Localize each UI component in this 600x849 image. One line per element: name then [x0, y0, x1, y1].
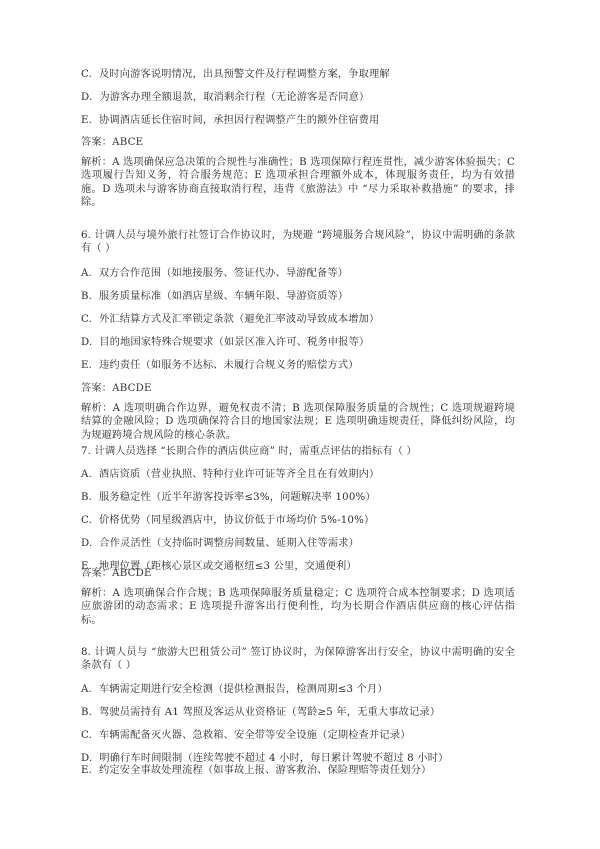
- q6-analysis: 解析：A 选项明确合作边界，避免权责不清；B 选项保障服务质量的合规性；C 选项…: [81, 402, 515, 442]
- option-label: D.: [81, 753, 92, 764]
- q5-option-c: C. 及时向游客说明情况，出具预警文件及行程调整方案，争取理解: [81, 68, 390, 81]
- q7-analysis: 解析：A 选项确保合作合规；B 选项保障服务质量稳定；C 选项符合成本控制要求；…: [81, 587, 515, 627]
- q5-analysis: 解析：A 选项确保应急决策的合规性与准确性；B 选项保障行程连贯性，减少游客体验…: [81, 156, 515, 210]
- q7-question: 7. 计调人员选择 “长期合作的酒店供应商” 时，需重点评估的指标有（ ）: [81, 445, 417, 458]
- q6-option-e: E. 违约责任（如服务不达标、未履行合规义务的赔偿方式）: [81, 359, 359, 372]
- option-text: 合作灵活性（支持临时调整房间数量、延期入住等需求）: [99, 538, 359, 549]
- option-text: 明确行车时间限制（连续驾驶不超过 4 小时，每日累计驾驶不超过 8 小时）: [99, 753, 448, 764]
- option-text: 价格优势（同星级酒店中，协议价低于市场均价 5%-10%）: [99, 515, 374, 526]
- option-label: D.: [81, 92, 92, 103]
- option-label: E.: [81, 360, 92, 371]
- q6-option-d: D. 目的地国家特殊合规要求（如景区准入许可、税务申报等）: [81, 336, 369, 349]
- q7-option-a: A. 酒店资质（营业执照、特种行业许可证等齐全且在有效期内）: [81, 468, 379, 481]
- option-text: 双方合作范围（如地接服务、签证代办、导游配备等）: [99, 268, 348, 279]
- option-label: E.: [81, 115, 92, 126]
- q7-answer: 答案：ABCDE: [81, 567, 152, 580]
- option-label: D.: [81, 538, 92, 549]
- option-label: A.: [81, 268, 92, 279]
- q7-option-b: B. 服务稳定性（近半年游客投诉率≤3%，问题解决率 100%）: [81, 491, 376, 504]
- option-text: 协调酒店延长住宿时间，承担因行程调整产生的额外住宿费用: [99, 115, 379, 126]
- option-label: C.: [81, 314, 92, 325]
- option-label: E.: [81, 765, 92, 776]
- q6-option-c: C. 外汇结算方式及汇率锁定条款（避免汇率波动导致成本增加）: [81, 313, 379, 326]
- q8-question: 8. 计调人员与 “旅游大巴租赁公司” 签订协议时，为保障游客出行安全，协议中需…: [81, 646, 515, 673]
- q8-option-e: E. 约定安全事故处理流程（如事故上报、游客救治、保险理赔等责任划分）: [81, 764, 431, 777]
- option-label: D.: [81, 337, 92, 348]
- option-label: A.: [81, 684, 92, 695]
- option-text: 约定安全事故处理流程（如事故上报、游客救治、保险理赔等责任划分）: [99, 765, 431, 776]
- option-text: 车辆需定期进行安全检测（提供检测报告，检测周期≤3 个月）: [99, 684, 388, 695]
- q5-option-e: E. 协调酒店延长住宿时间，承担因行程调整产生的额外住宿费用: [81, 114, 379, 127]
- q6-question: 6. 计调人员与境外旅行社签订合作协议时，为规避 “跨境服务合规风险”，协议中需…: [81, 229, 515, 256]
- option-label: C.: [81, 730, 92, 741]
- q8-option-a: A. 车辆需定期进行安全检测（提供检测报告，检测周期≤3 个月）: [81, 683, 388, 696]
- option-text: 违约责任（如服务不达标、未履行合规义务的赔偿方式）: [99, 360, 359, 371]
- q6-answer: 答案：ABCDE: [81, 382, 152, 395]
- q5-answer: 答案：ABCE: [81, 136, 143, 149]
- q8-option-b: B. 驾驶员需持有 A1 驾照及客运从业资格证（驾龄≥5 年，无重大事故记录）: [81, 706, 440, 719]
- option-label: B.: [81, 291, 92, 302]
- option-text: 酒店资质（营业执照、特种行业许可证等齐全且在有效期内）: [99, 469, 379, 480]
- option-label: A.: [81, 469, 92, 480]
- option-text: 车辆需配备灭火器、急救箱、安全带等安全设施（定期检查并记录）: [99, 730, 411, 741]
- q5-option-d: D. 为游客办理全额退款，取消剩余行程（无论游客是否同意）: [81, 91, 369, 104]
- q7-option-c: C. 价格优势（同星级酒店中，协议价低于市场均价 5%-10%）: [81, 514, 374, 527]
- option-text: 及时向游客说明情况，出具预警文件及行程调整方案，争取理解: [99, 69, 390, 80]
- option-text: 外汇结算方式及汇率锁定条款（避免汇率波动导致成本增加）: [99, 314, 379, 325]
- option-text: 目的地国家特殊合规要求（如景区准入许可、税务申报等）: [99, 337, 369, 348]
- option-text: 驾驶员需持有 A1 驾照及客运从业资格证（驾龄≥5 年，无重大事故记录）: [99, 707, 440, 718]
- option-text: 服务稳定性（近半年游客投诉率≤3%，问题解决率 100%）: [99, 492, 376, 503]
- option-label: C.: [81, 515, 92, 526]
- option-label: B.: [81, 707, 92, 718]
- option-text: 服务质量标准（如酒店星级、车辆年限、导游资质等）: [99, 291, 348, 302]
- option-label: B.: [81, 492, 92, 503]
- option-label: C.: [81, 69, 92, 80]
- option-text: 为游客办理全额退款，取消剩余行程（无论游客是否同意）: [99, 92, 369, 103]
- q7-option-d: D. 合作灵活性（支持临时调整房间数量、延期入住等需求）: [81, 537, 359, 550]
- q6-option-b: B. 服务质量标准（如酒店星级、车辆年限、导游资质等）: [81, 290, 348, 303]
- q8-option-c: C. 车辆需配备灭火器、急救箱、安全带等安全设施（定期检查并记录）: [81, 729, 411, 742]
- q6-option-a: A. 双方合作范围（如地接服务、签证代办、导游配备等）: [81, 267, 348, 280]
